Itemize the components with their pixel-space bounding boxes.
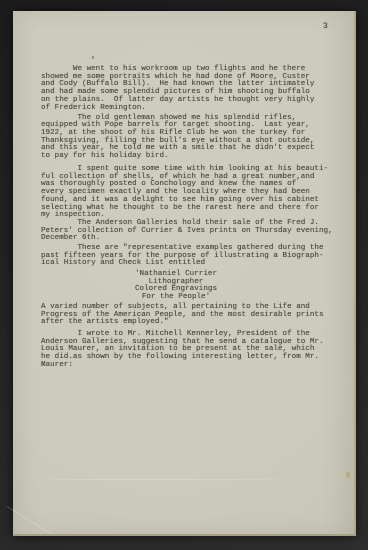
paragraph-workroom-portraits: We went to his workroom up two flights a… <box>41 66 343 112</box>
centered-title-nathaniel-currier: 'Nathaniel Currier Lithographer Colored … <box>41 271 311 302</box>
ink-speck <box>92 56 94 59</box>
ink-speck <box>42 363 44 366</box>
paper-blemish <box>346 472 350 478</box>
photographed-document-scene: 3 We went to his workroom up two flights… <box>0 0 368 550</box>
document-text-column: We went to his workroom up two flights a… <box>41 11 343 370</box>
paragraph-representative-examples: These are "representative examples gathe… <box>41 245 343 268</box>
paragraph-varied-subjects: A varied number of subjects, all pertain… <box>41 304 343 327</box>
paragraph-anderson-galleries-sale: The Anderson Galleries hold their sale o… <box>41 220 343 243</box>
paragraph-rifles: The old gentleman showed me his splendid… <box>41 115 343 161</box>
paragraph-shell-collection: I spent quite some time with him looking… <box>41 166 343 220</box>
paper-crease <box>7 506 52 534</box>
paper-streak <box>23 479 313 480</box>
document-page: 3 We went to his workroom up two flights… <box>13 11 356 536</box>
paragraph-letter-to-kennerley: I wrote to Mr. Mitchell Kennerley, Presi… <box>41 331 343 370</box>
